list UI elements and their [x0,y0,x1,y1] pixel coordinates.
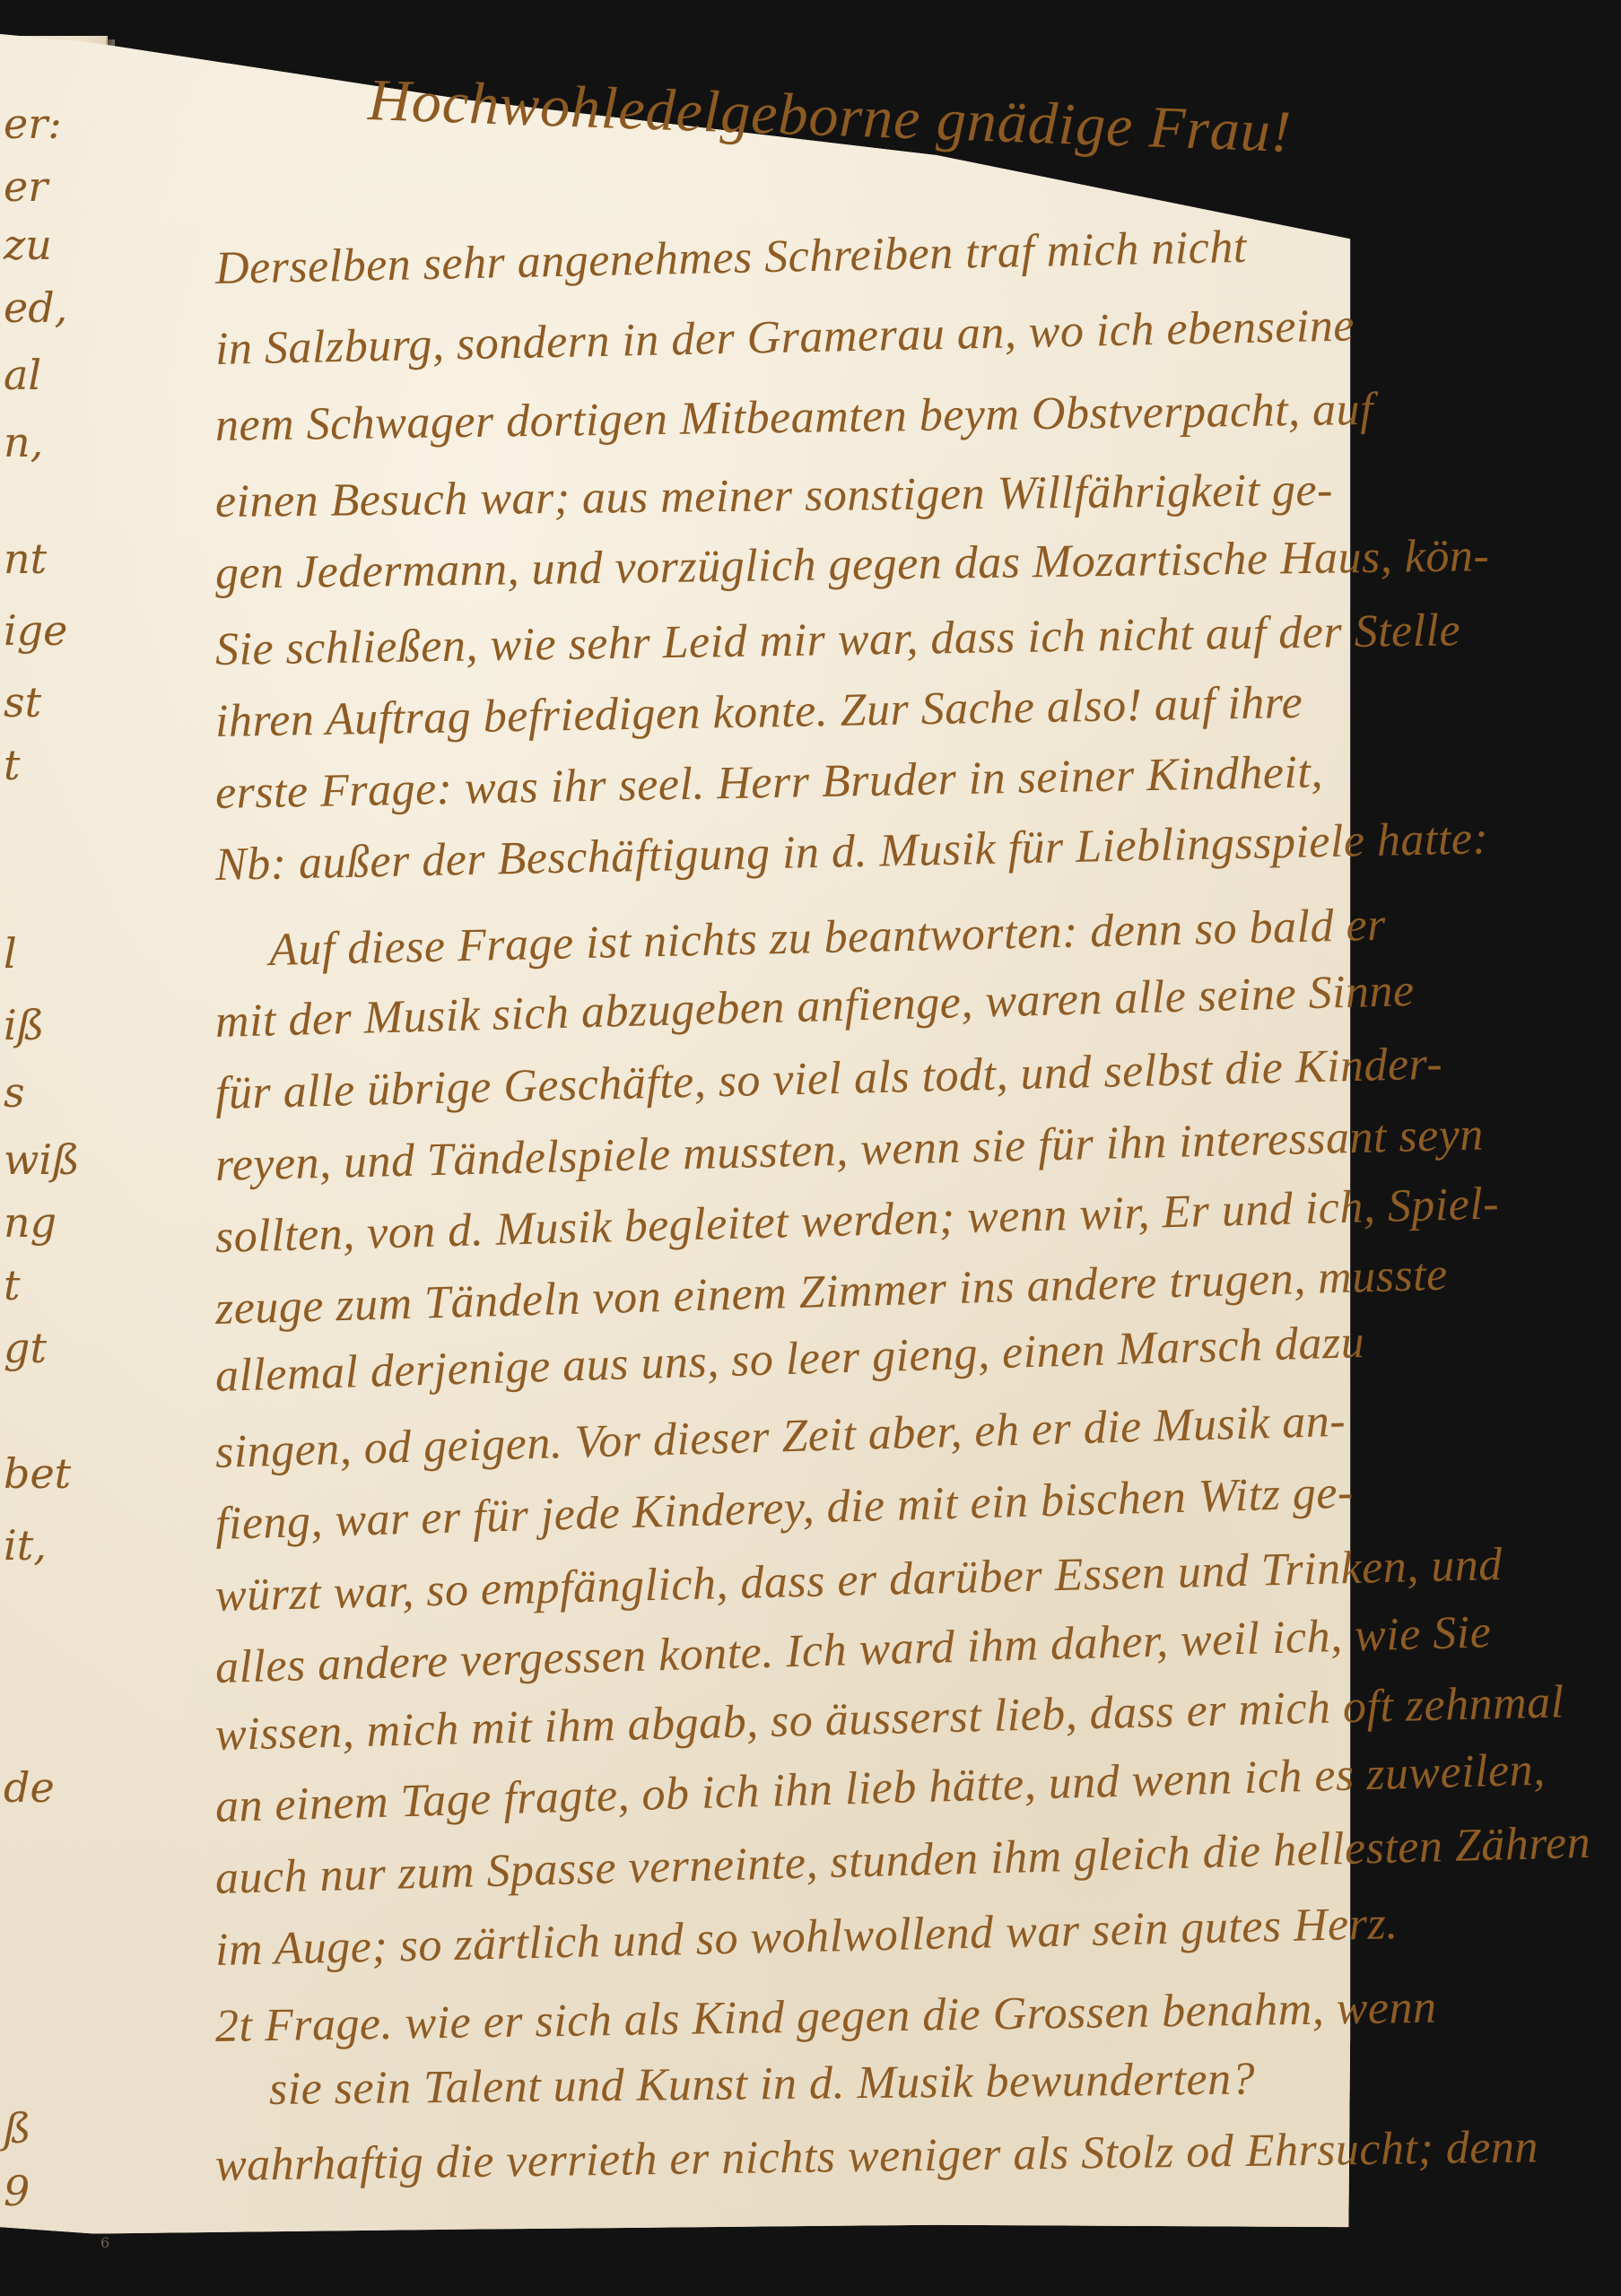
left-fragment: er [4,166,48,207]
left-fragment: n, [4,422,43,463]
left-fragment: er: [4,103,62,144]
left-fragment: nt [4,538,47,579]
text-line: sie sein Talent und Kunst in d. Musik be… [269,2052,1256,2116]
left-fragment: iß [4,1004,44,1046]
left-fragment: ß [4,2108,31,2149]
left-fragment: al [4,354,41,396]
left-fragment: bet [4,1453,71,1494]
left-fragment: gt [4,1327,47,1369]
left-fragment: 9 [4,2170,30,2212]
left-fragment: st [4,682,41,723]
left-fragment: t [4,744,21,786]
left-fragment: de [4,1767,55,1808]
left-fragment: ng [4,1202,57,1243]
left-fragment: wiß [4,1139,80,1180]
left-fragment: it, [4,1525,47,1566]
page-marker: 6 [100,2234,109,2251]
left-fragment: l [4,933,17,974]
left-fragment: ige [4,610,67,651]
left-fragment: t [4,1265,21,1306]
left-fragment: s [4,1072,25,1113]
left-fragment: ed, [4,287,67,328]
left-fragment: zu [4,224,52,265]
